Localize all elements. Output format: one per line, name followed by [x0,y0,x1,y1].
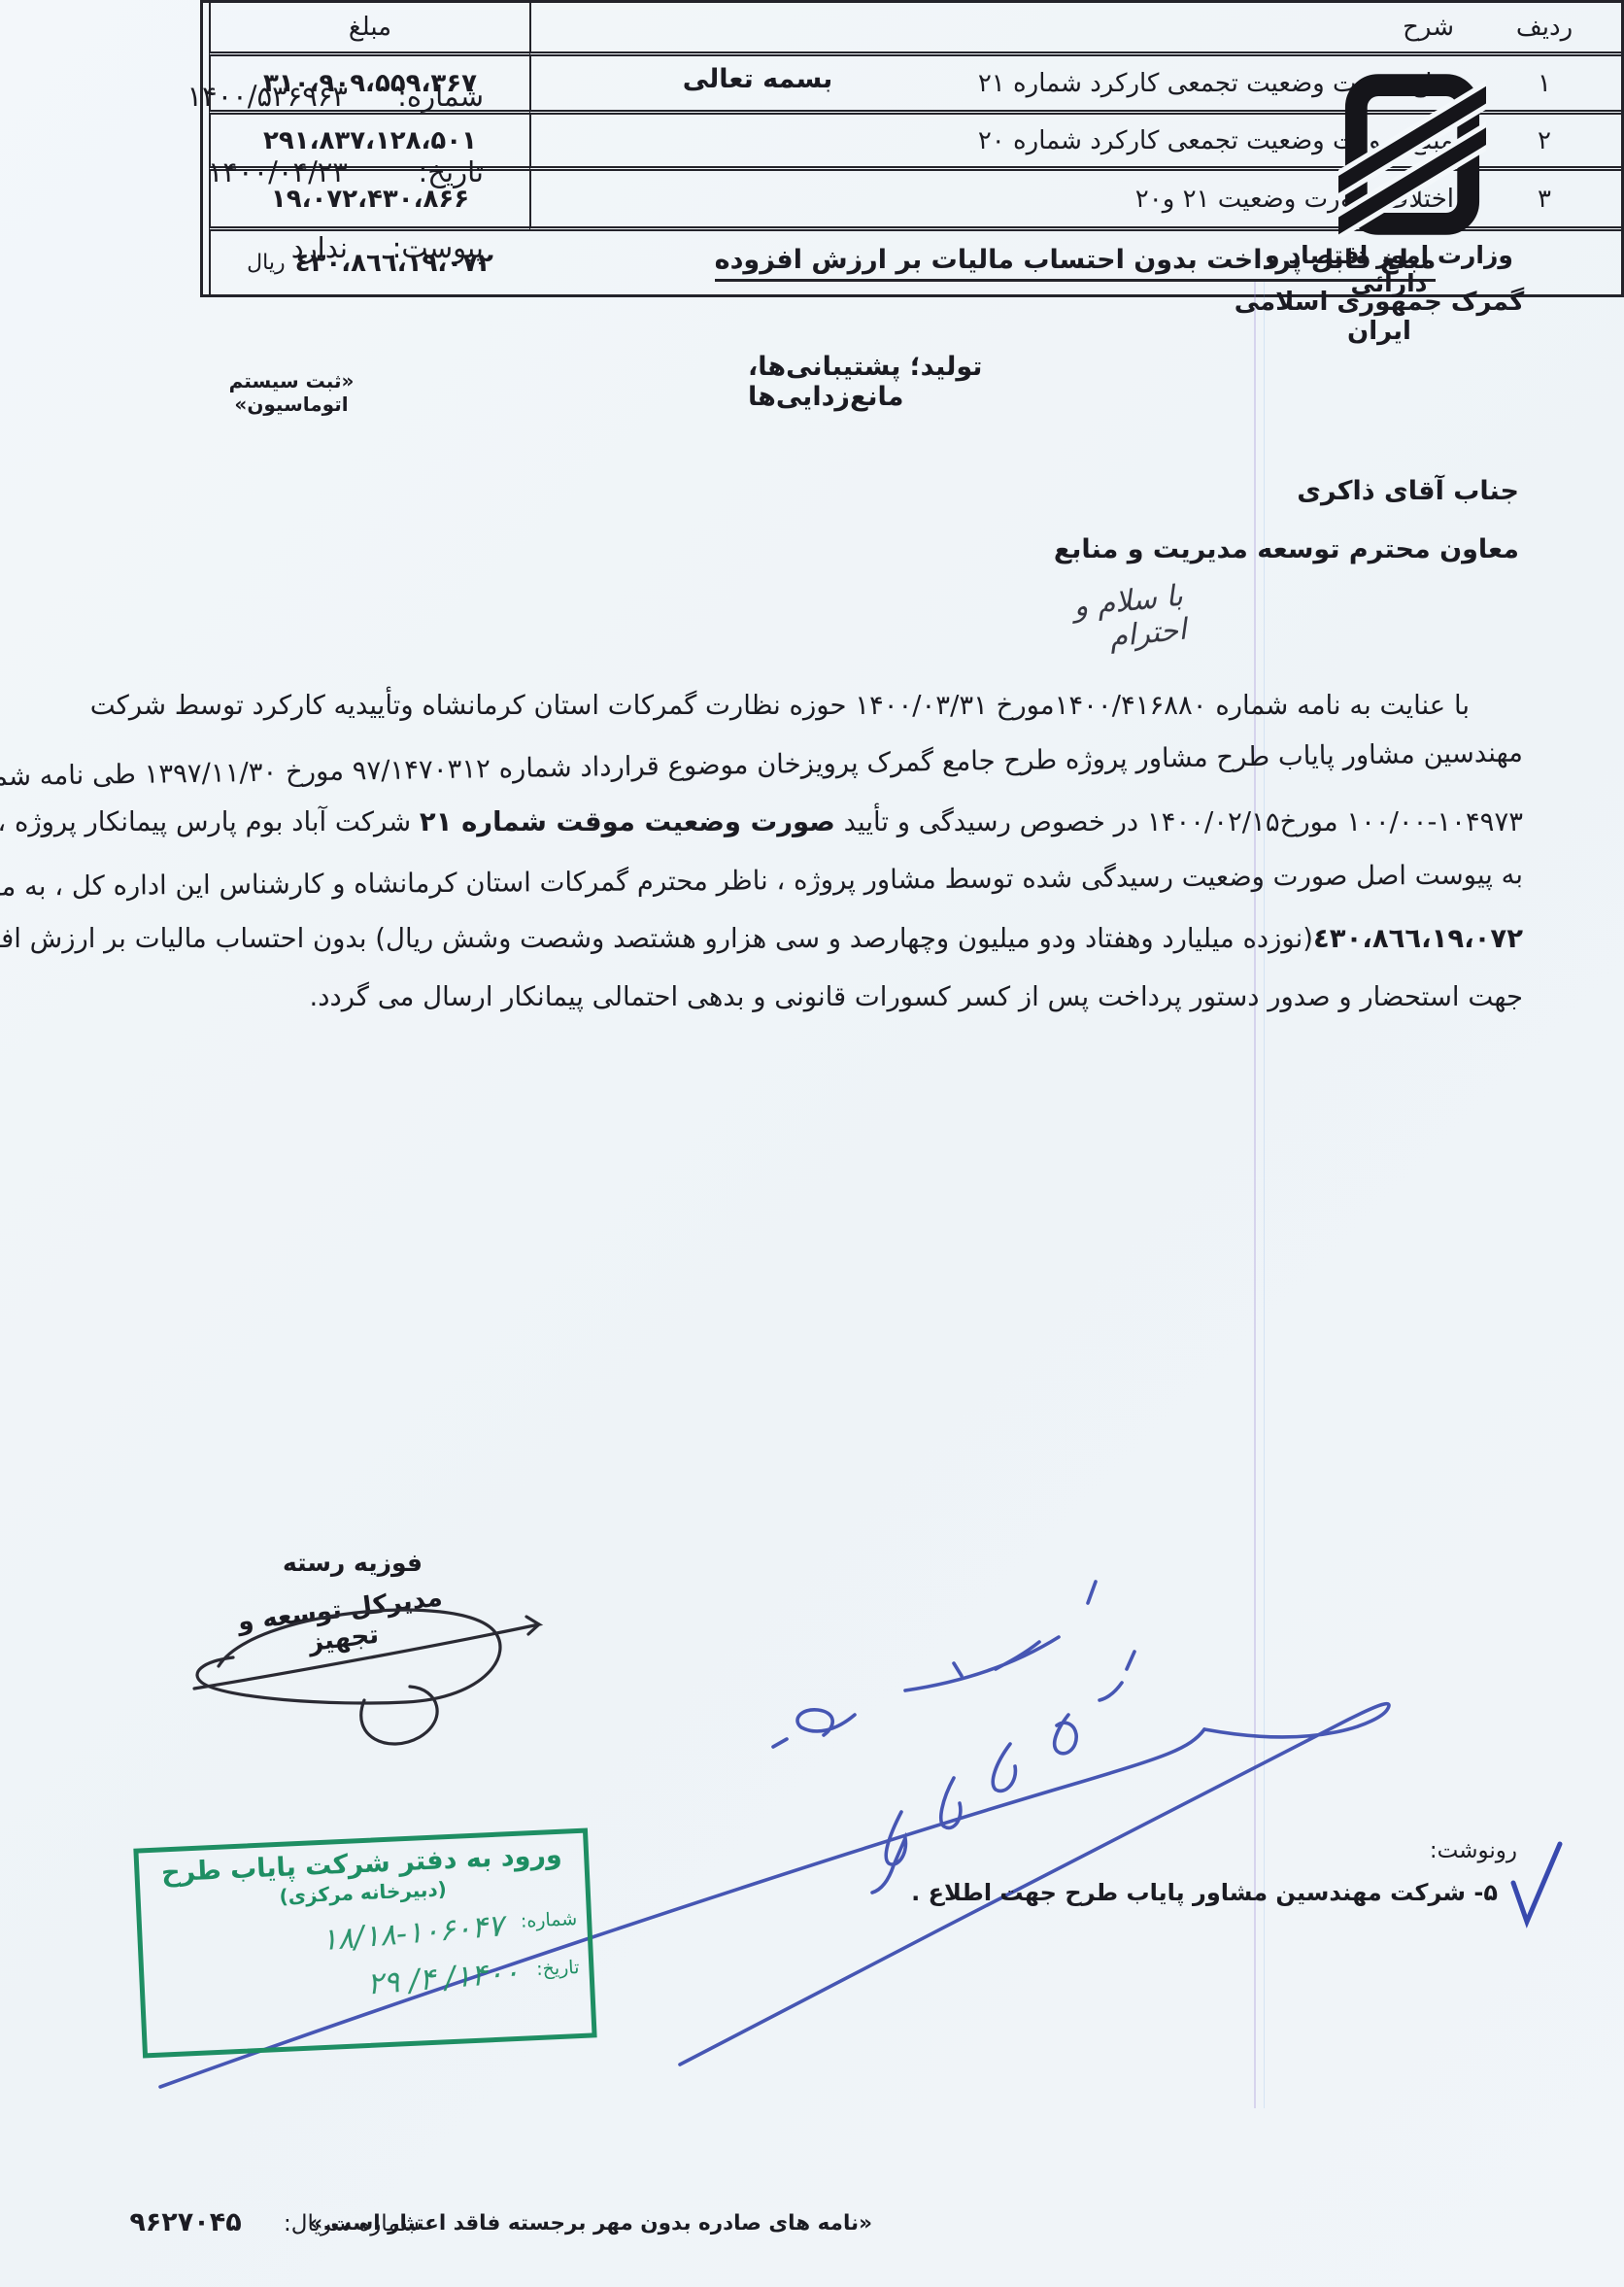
serial-number-value: ۹۶۲۷۰۴۵ [103,2207,268,2237]
letter-meta-fields: شماره: ۱۴۰۰/۵۳۶۹۶۳ تاریخ: ۱۴۰۰/۰۴/۲۳ پیو… [85,80,484,307]
letter-number-label: شماره: [377,80,484,113]
recipient-name: جناب آقای ذاکری [1297,476,1519,506]
letter-number-value: ۱۴۰۰/۵۳۶۹۶۳ [186,80,348,113]
organization-name: گمرک جمهوری اسلامی ایران [1219,288,1539,346]
copy-to-item: ۵- شرکت مهندسین مشاور پایاب طرح جهت اطلا… [911,1879,1498,1906]
letter-number-field: شماره: ۱۴۰۰/۵۳۶۹۶۳ [85,80,484,113]
table-row-desc: اختلاف صورت وضعیت ۲۱ و۲۰ [529,171,1468,231]
attachment-field: پیوست: ندارد [85,231,484,264]
automation-note: «ثبت سیستم اتوماسیون» [185,369,398,416]
blue-checkmark-icon [1504,1836,1572,1937]
body-line: ۱۰۰/۰۰-۱۰۴۹۷۳ مورخ۱۴۰۰/۰۲/۱۵ در خصوص رسی… [101,793,1523,851]
letter-date-label: تاریخ: [377,155,484,188]
bold-statement-ref: صورت وضعیت موقت شماره ۲۱ [420,806,835,837]
serial-number-label: شماره سریال: [284,2211,420,2236]
validity-notice: «نامه های صادره بدون مهر برجسته فاقد اعت… [474,2211,872,2236]
col-header-desc: شرح [529,3,1468,56]
handwritten-salutation: با سلام و احترام [988,579,1188,667]
scanned-letter-page: بسمه تعالی وزارت امور اقتصاد و دارائی گم… [0,0,1624,2287]
bismillah-text: بسمه تعالی [641,64,874,94]
customs-emblem-icon [1338,72,1486,237]
col-header-amount: مبلغ [209,3,529,56]
stamp-date-handwritten: ۱۴۰۰/ ۴/ ۲۹ [365,1955,521,2001]
body-line: ۱۹،۰۷۲،٤۳۰،۸٦٦(نوزده میلیارد وهفتاد ودو … [101,909,1523,968]
letter-date-field: تاریخ: ۱۴۰۰/۰۴/۲۳ [85,155,484,188]
stamp-date-label: تاریخ: [536,1957,580,1980]
table-row-desc: مبلغ صورت وضعیت تجمعی کارکرد شماره ۲۰ [529,115,1468,171]
ink-signature [165,1574,573,1772]
year-slogan: تولید؛ پشتیبانی‌ها، مانع‌زدایی‌ها [748,352,1059,412]
table-row-no: ۳ [1468,171,1621,231]
recipient-title: معاون محترم توسعه مدیریت و منابع [1054,534,1519,564]
attachment-value: ندارد [291,231,348,264]
col-header-row-no: ردیف [1468,3,1621,56]
letter-body: با عنایت به نامه شماره ۱۴۰۰/۴۱۶۸۸۰مورخ ۱… [101,676,1523,1026]
letter-date-value: ۱۴۰۰/۰۴/۲۳ [208,155,348,188]
body-line: جهت استحضار و صدور دستور پرداخت پس از کس… [101,968,1523,1026]
total-amount-figure: ۱۹،۰۷۲،٤۳۰،۸٦٦ [1313,923,1523,954]
table-row-no: ۲ [1468,115,1621,171]
table-row-no: ۱ [1468,56,1621,115]
body-line: به پیوست اصل صورت وضعیت رسیدگی شده توسط … [101,845,1523,914]
stamp-number-label: شماره: [520,1908,577,1932]
signer-name: فوزیه رسته [280,1549,425,1577]
stamp-number-handwritten: ۱۸/۱۸-۱۰۶۰۴۷ [320,1908,504,1958]
attachment-label: پیوست: [377,231,484,264]
registry-entry-stamp: ورود به دفتر شرکت پایاب طرح (دبیرخانه مر… [133,1827,596,2058]
